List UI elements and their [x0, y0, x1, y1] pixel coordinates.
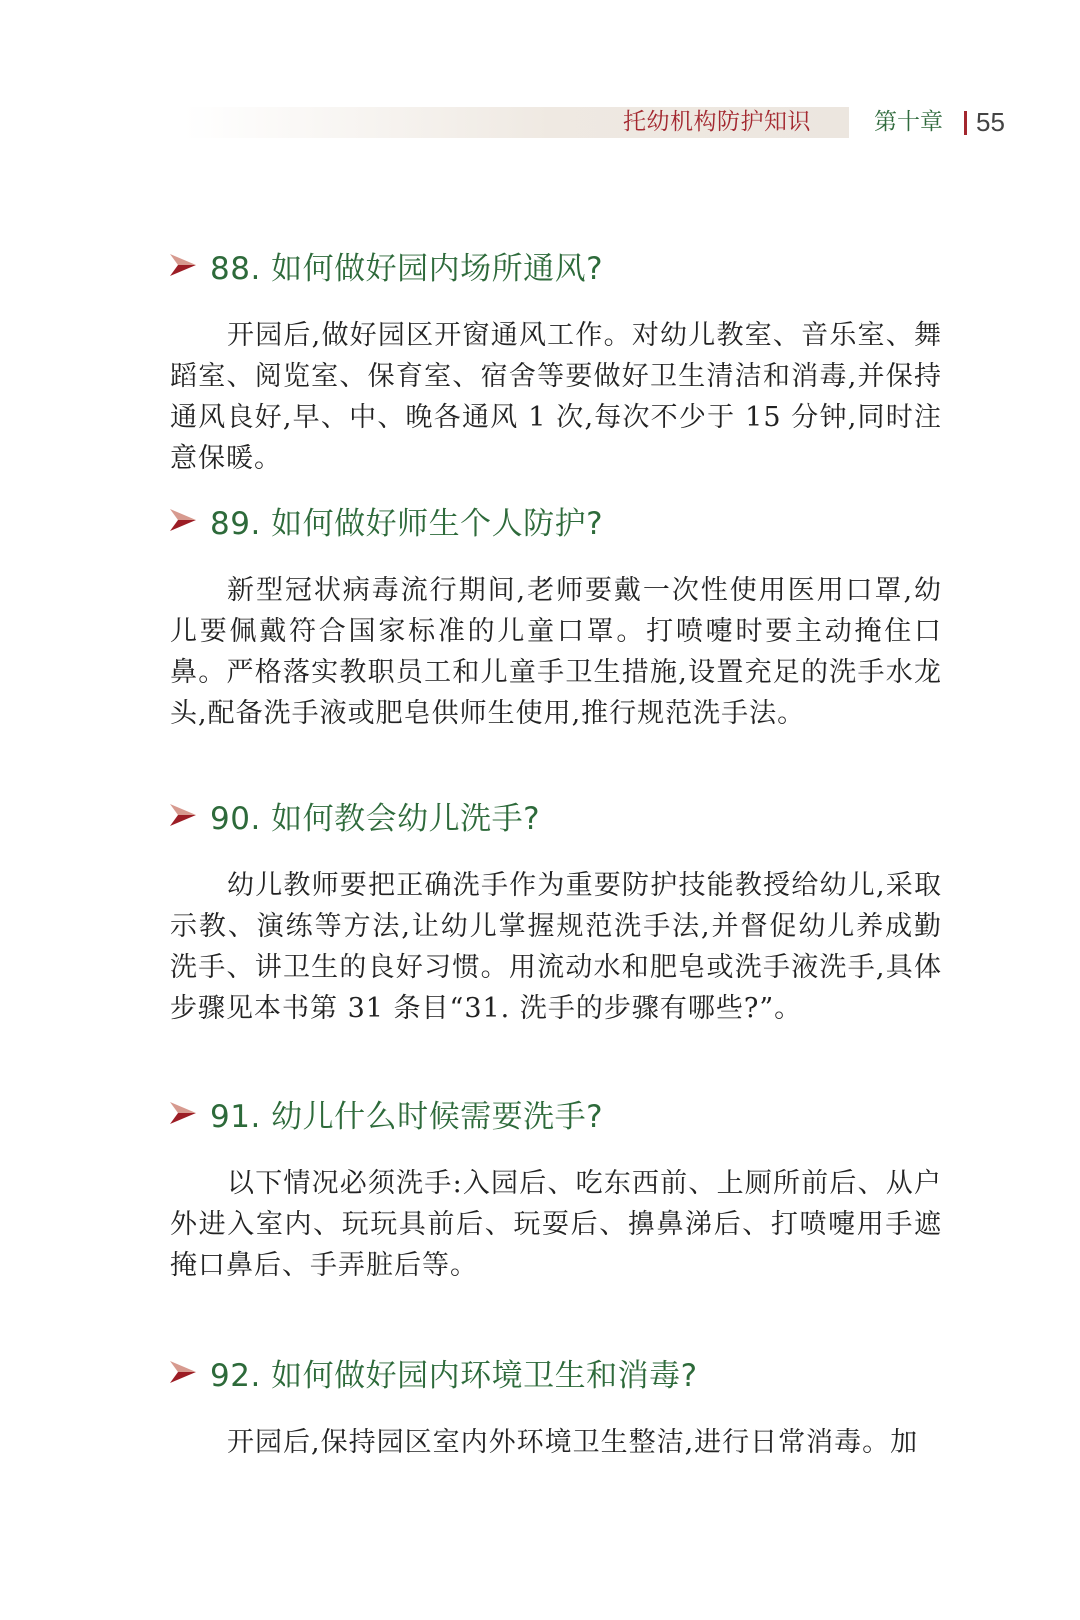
arrow-bullet-icon: [170, 509, 196, 531]
header-chapter-label: 第十章: [874, 107, 943, 138]
question-body: 幼儿教师要把正确洗手作为重要防护技能教授给幼儿,采取示教、演练等方法,让幼儿掌握…: [170, 865, 942, 1029]
question-heading: 91. 幼儿什么时候需要洗手?: [170, 1091, 942, 1135]
arrow-bullet-icon: [170, 804, 196, 826]
running-header: 托幼机构防护知识 第十章 55: [184, 104, 1024, 140]
question-heading: 90. 如何教会幼儿洗手?: [170, 793, 942, 837]
question-heading: 92. 如何做好园内环境卫生和消毒?: [170, 1350, 942, 1394]
question-section-88: 88. 如何做好园内场所通风? 开园后,做好园区开窗通风工作。对幼儿教室、音乐室…: [170, 243, 942, 506]
question-heading: 88. 如何做好园内场所通风?: [170, 243, 942, 287]
arrow-bullet-icon: [170, 1102, 196, 1124]
question-section-91: 91. 幼儿什么时候需要洗手? 以下情况必须洗手:入园后、吃东西前、上厕所前后、…: [170, 1091, 942, 1313]
header-divider: [964, 111, 967, 135]
question-section-90: 90. 如何教会幼儿洗手? 幼儿教师要把正确洗手作为重要防护技能教授给幼儿,采取…: [170, 793, 942, 1056]
question-section-89: 89. 如何做好师生个人防护? 新型冠状病毒流行期间,老师要戴一次性使用医用口罩…: [170, 498, 942, 761]
question-body: 开园后,做好园区开窗通风工作。对幼儿教室、音乐室、舞蹈室、阅览室、保育室、宿舍等…: [170, 315, 942, 479]
arrow-bullet-icon: [170, 254, 196, 276]
question-body: 新型冠状病毒流行期间,老师要戴一次性使用医用口罩,幼儿要佩戴符合国家标准的儿童口…: [170, 570, 942, 734]
question-body: 开园后,保持园区室内外环境卫生整洁,进行日常消毒。加: [170, 1422, 942, 1463]
question-title: 88. 如何做好园内场所通风?: [210, 243, 603, 288]
page-number: 55: [976, 107, 1005, 138]
question-section-92: 92. 如何做好园内环境卫生和消毒? 开园后,保持园区室内外环境卫生整洁,进行日…: [170, 1350, 942, 1490]
question-title: 92. 如何做好园内环境卫生和消毒?: [210, 1350, 698, 1395]
question-title: 90. 如何教会幼儿洗手?: [210, 793, 540, 838]
header-section-title: 托幼机构防护知识: [623, 107, 819, 138]
question-title: 91. 幼儿什么时候需要洗手?: [210, 1091, 603, 1136]
arrow-bullet-icon: [170, 1361, 196, 1383]
question-title: 89. 如何做好师生个人防护?: [210, 498, 603, 543]
question-body: 以下情况必须洗手:入园后、吃东西前、上厕所前后、从户外进入室内、玩玩具前后、玩耍…: [170, 1163, 942, 1286]
question-heading: 89. 如何做好师生个人防护?: [170, 498, 942, 542]
